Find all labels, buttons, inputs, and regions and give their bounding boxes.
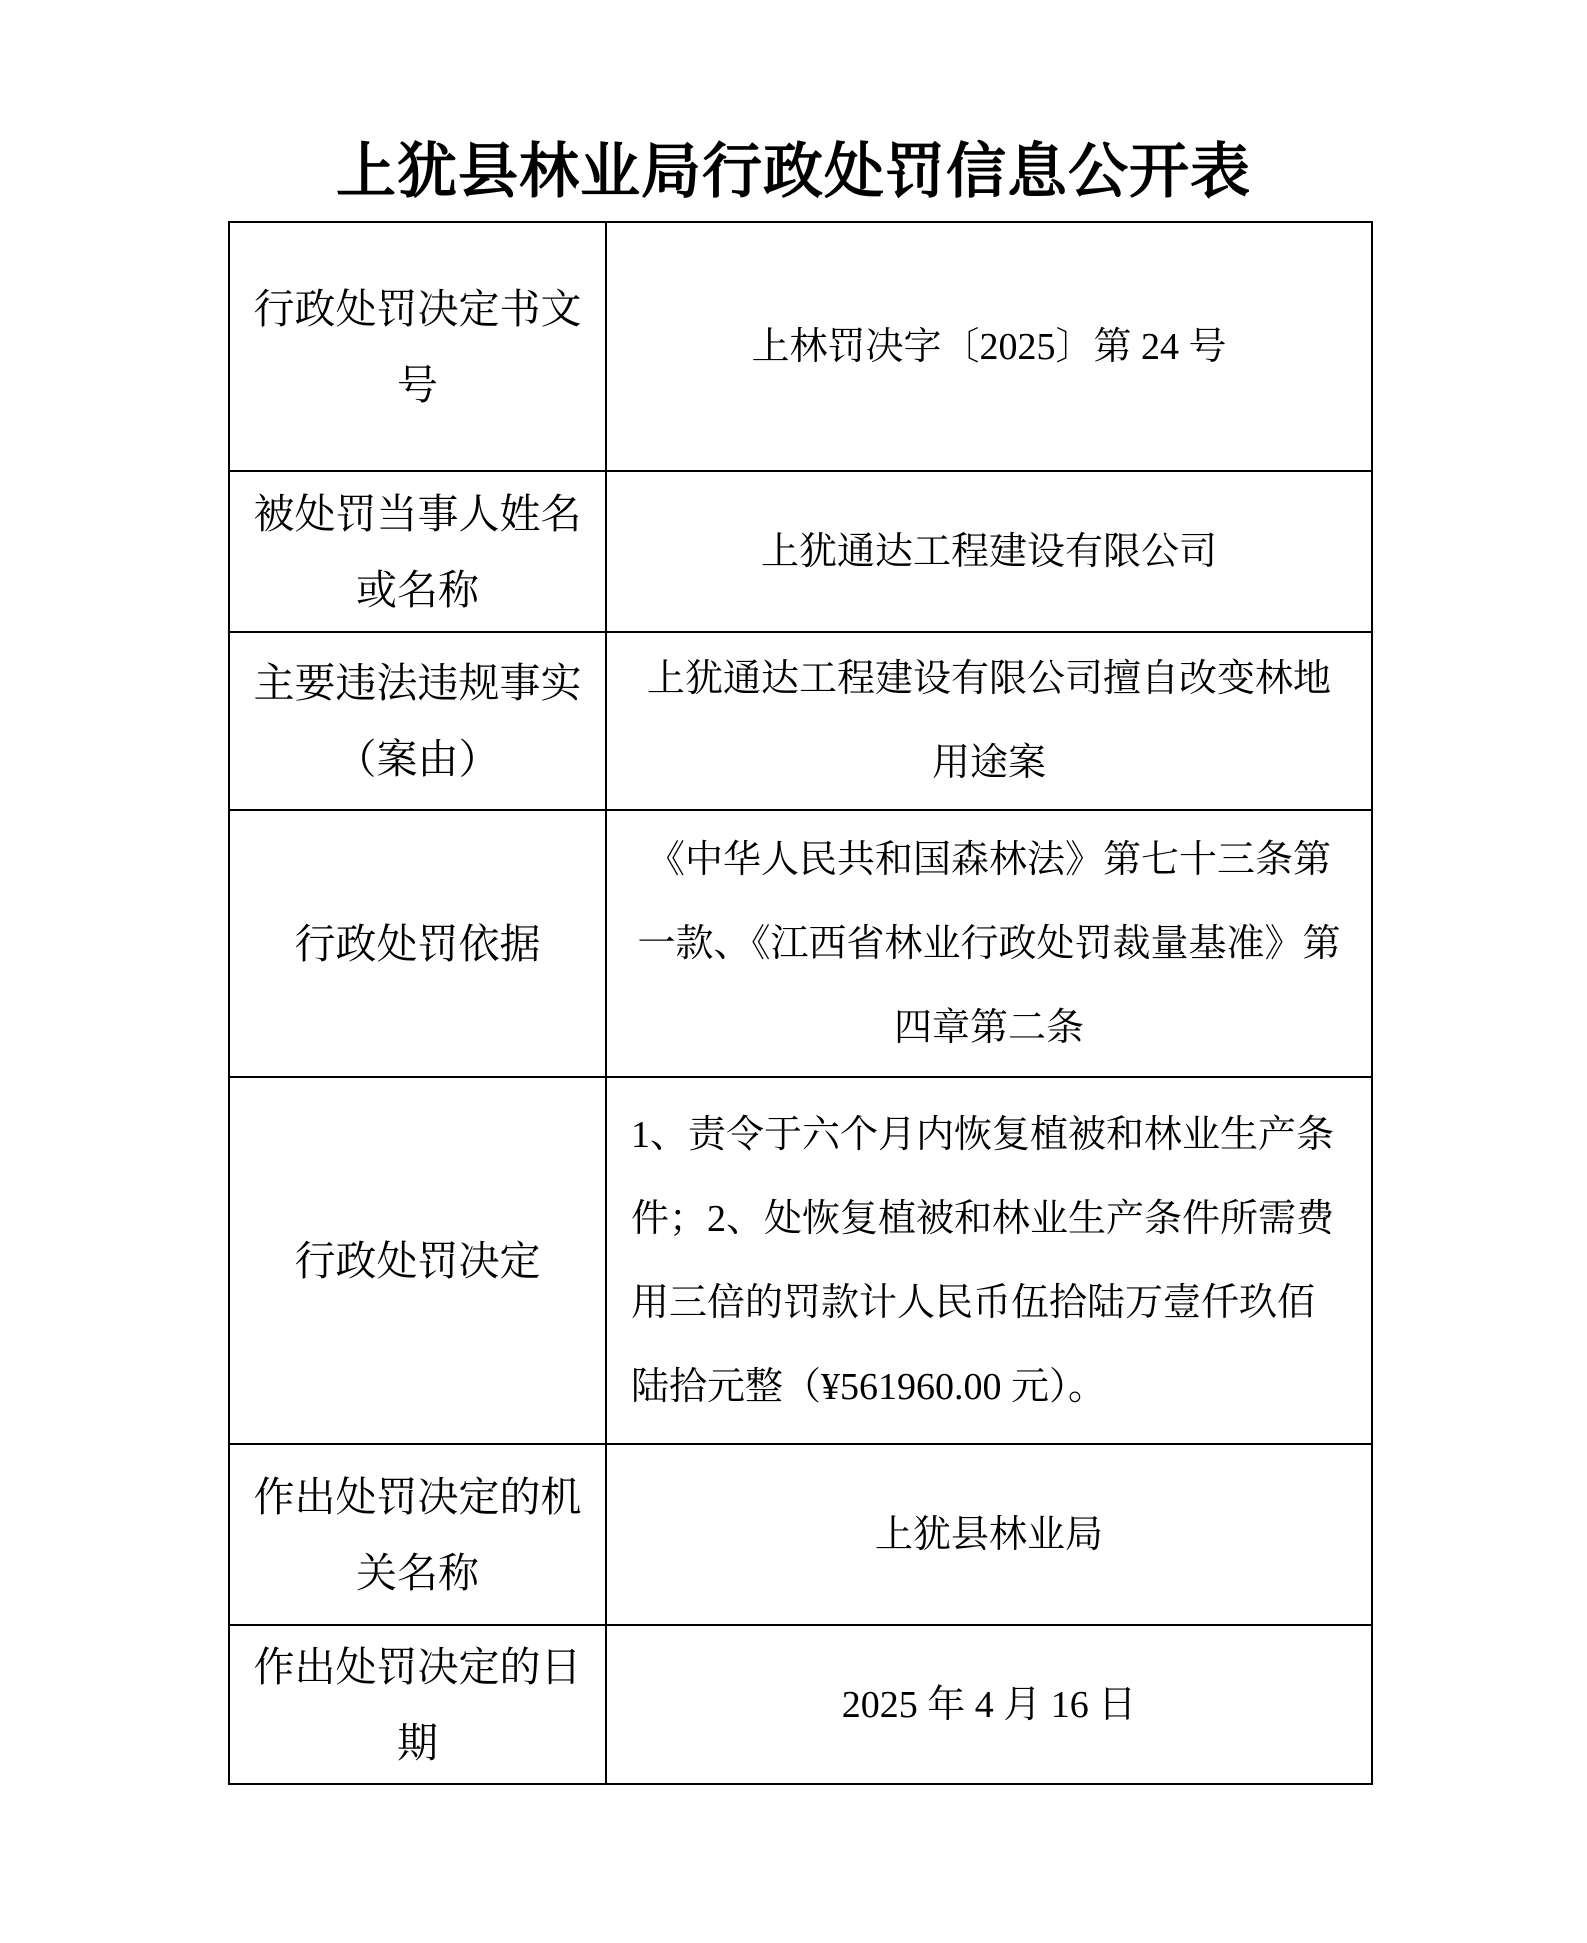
table-row-authority-name: 作出处罚决定的机 关名称 上犹县林业局 <box>229 1444 1372 1625</box>
label-authority-name: 作出处罚决定的机 关名称 <box>229 1444 606 1625</box>
value-penalty-basis: 《中华人民共和国森林法》第七十三条第 一款、《江西省林业行政处罚裁量基准》第 四… <box>606 810 1372 1077</box>
table-row-decision-date: 作出处罚决定的日 期 2025 年 4 月 16 日 <box>229 1625 1372 1784</box>
penalty-info-table: 行政处罚决定书文 号 上林罚决字〔2025〕第 24 号 被处罚当事人姓名 或名… <box>228 221 1373 1785</box>
table-row-violation-facts: 主要违法违规事实 （案由） 上犹通达工程建设有限公司擅自改变林地 用途案 <box>229 632 1372 810</box>
label-violation-facts: 主要违法违规事实 （案由） <box>229 632 606 810</box>
value-authority-name: 上犹县林业局 <box>606 1444 1372 1625</box>
value-decision-doc-number: 上林罚决字〔2025〕第 24 号 <box>606 222 1372 471</box>
label-penalty-decision: 行政处罚决定 <box>229 1077 606 1444</box>
table-row-decision-doc-number: 行政处罚决定书文 号 上林罚决字〔2025〕第 24 号 <box>229 222 1372 471</box>
table-row-penalty-basis: 行政处罚依据 《中华人民共和国森林法》第七十三条第 一款、《江西省林业行政处罚裁… <box>229 810 1372 1077</box>
label-party-name: 被处罚当事人姓名 或名称 <box>229 471 606 632</box>
table-row-party-name: 被处罚当事人姓名 或名称 上犹通达工程建设有限公司 <box>229 471 1372 632</box>
value-penalty-decision: 1、责令于六个月内恢复植被和林业生产条 件；2、处恢复植被和林业生产条件所需费 … <box>606 1077 1372 1444</box>
value-party-name: 上犹通达工程建设有限公司 <box>606 471 1372 632</box>
value-violation-facts: 上犹通达工程建设有限公司擅自改变林地 用途案 <box>606 632 1372 810</box>
label-decision-doc-number: 行政处罚决定书文 号 <box>229 222 606 471</box>
page-title: 上犹县林业局行政处罚信息公开表 <box>0 0 1587 206</box>
table-row-penalty-decision: 行政处罚决定 1、责令于六个月内恢复植被和林业生产条 件；2、处恢复植被和林业生… <box>229 1077 1372 1444</box>
value-decision-date: 2025 年 4 月 16 日 <box>606 1625 1372 1784</box>
label-penalty-basis: 行政处罚依据 <box>229 810 606 1077</box>
label-decision-date: 作出处罚决定的日 期 <box>229 1625 606 1784</box>
